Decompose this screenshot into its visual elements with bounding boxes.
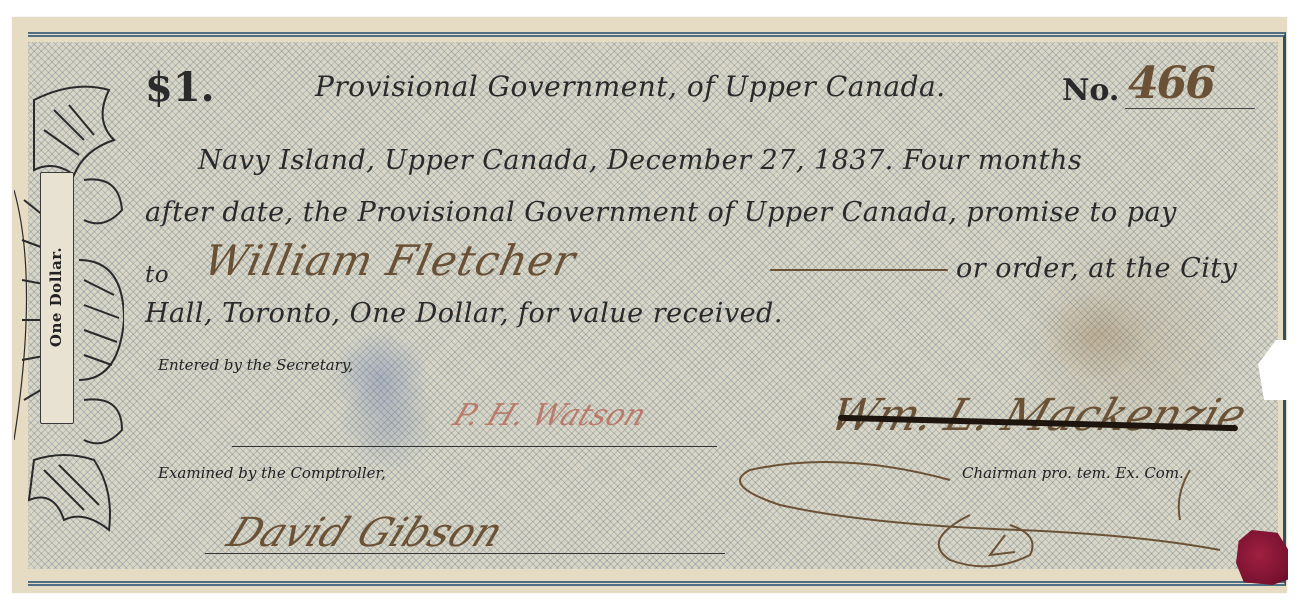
body-line-3-prefix: to: [145, 262, 169, 288]
comptroller-label: Examined by the Comptroller,: [158, 464, 386, 482]
wax-seal: [1236, 530, 1288, 585]
body-line-2: after date, the Provisional Government o…: [145, 197, 1177, 228]
amount-mark: $1.: [145, 64, 215, 111]
comptroller-signature: David Gibson: [221, 510, 510, 556]
ink-blot: [330, 330, 430, 420]
payee-name: William Fletcher: [200, 236, 581, 285]
note-title: Provisional Government, of Upper Canada.: [315, 70, 946, 103]
body-line-1: Navy Island, Upper Canada, December 27, …: [198, 145, 1082, 176]
body-line-4: Hall, Toronto, One Dollar, for value rec…: [145, 298, 783, 329]
payee-dash: [770, 269, 948, 271]
number-label: No.: [1062, 73, 1119, 108]
secretary-signature-line: [232, 446, 717, 447]
secretary-signature: P. H. Watson: [449, 398, 651, 433]
serial-underline: [1125, 108, 1255, 109]
comptroller-signature-line: [205, 553, 725, 554]
secretary-label: Entered by the Secretary,: [158, 356, 353, 374]
serial-number: 466: [1128, 58, 1214, 109]
signature-flourish-icon: [720, 440, 1240, 580]
side-denomination: One Dollar.: [47, 247, 65, 347]
water-stain: [1040, 290, 1150, 380]
body-line-3-suffix: or order, at the City: [956, 253, 1238, 284]
